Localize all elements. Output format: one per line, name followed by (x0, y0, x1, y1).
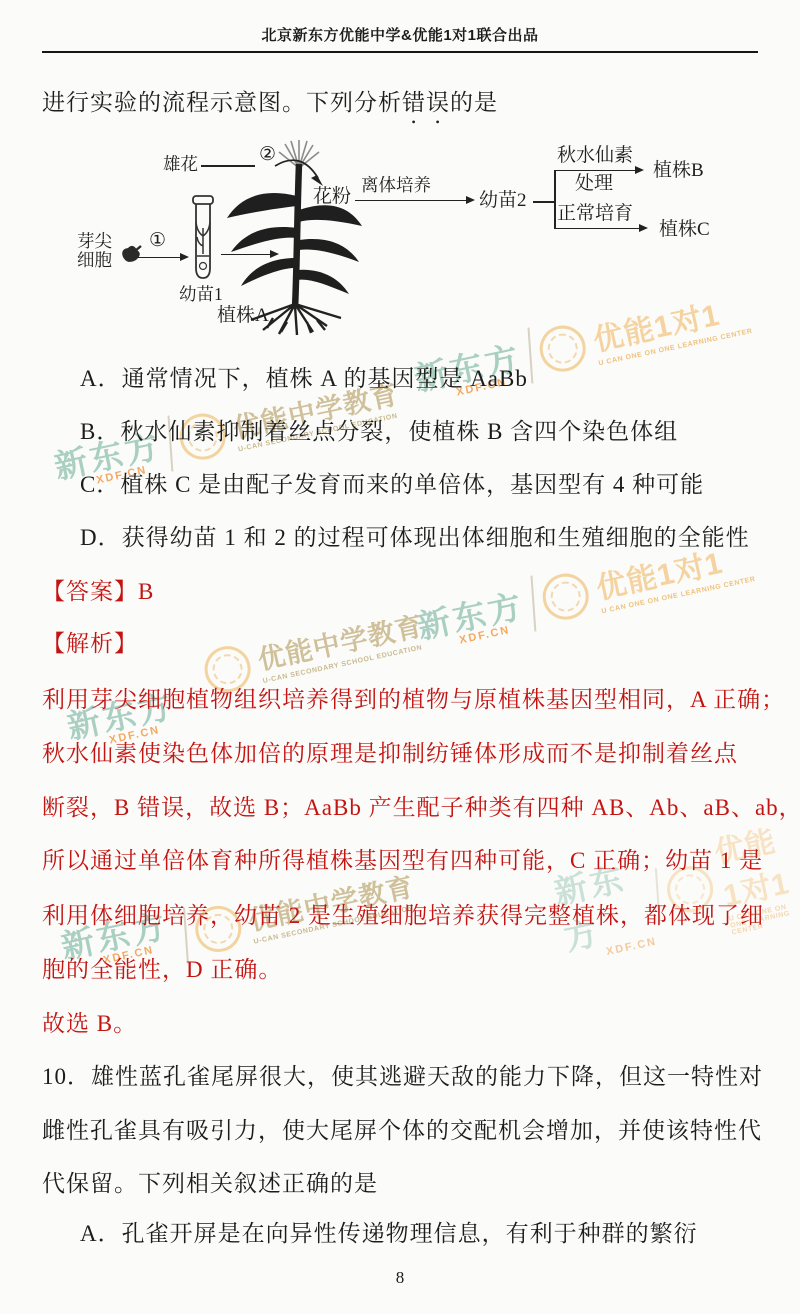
intro-post: 的是 (450, 90, 498, 115)
test-tube-seedling-icon (189, 194, 217, 284)
arrow-to-plant-b (554, 170, 642, 171)
bud-tip-cell-icon (119, 244, 143, 266)
plant-b-label: 植株B (653, 161, 704, 182)
xdf-domain-text: XDF.CN (605, 936, 658, 958)
answer-line: 【答案】B (42, 573, 154, 606)
arrow-pollen-to-seedling2 (355, 200, 473, 201)
step1-badge: ① (149, 230, 166, 251)
option-a: A．通常情况下，植株 A 的基因型是 AaBb (80, 360, 528, 393)
bracket-vertical-line (554, 170, 556, 229)
bracket-stub-line (533, 201, 555, 203)
option-d: D．获得幼苗 1 和 2 的过程可体现出体细胞和生殖细胞的全能性 (80, 519, 750, 552)
question-10-line: 雌性孔雀具有吸引力，使大尾屏个体的交配机会增加，并使该特性代 (42, 1112, 762, 1145)
xdf-logo-text: 新东方 (412, 580, 527, 648)
bud-tip-cell-label: 芽尖细胞 (77, 232, 112, 270)
xdf-domain-text: XDF.CN (458, 624, 511, 646)
option-c: C．植株 C 是由配子发育而来的单倍体，基因型有 4 种可能 (80, 466, 704, 499)
question-10-line: 代保留。下列相关叙述正确的是 (42, 1165, 378, 1198)
intro-pre: 进行实验的流程示意图。下列分析 (42, 90, 402, 115)
analysis-line: 利用体细胞培养，幼苗 2 是生殖细胞培养获得完整植株，都体现了细 (42, 897, 764, 930)
header-divider (42, 51, 758, 53)
youneng-secondary-watermark: 优能中学教育 U-CAN SECONDARY SCHOOL EDUCATION (254, 604, 428, 685)
watermark-separator (530, 575, 536, 631)
plant-c-label: 植株C (659, 220, 710, 241)
watermark-group: 新东方 XDF.CN 优能1对1 U CAN ONE ON ONE LEARNI… (549, 813, 800, 970)
page-header-title: 北京新东方优能中学&优能1对1联合出品 (0, 24, 800, 45)
intro-emphasized-word: 错误 (402, 90, 450, 115)
seedling2-label: 幼苗2 (479, 191, 527, 212)
page-number: 8 (0, 1268, 800, 1288)
seedling1-label: 幼苗1 (179, 285, 223, 304)
youneng-secondary-caption: U-CAN SECONDARY SCHOOL EDUCATION (262, 643, 428, 685)
analysis-line: 利用芽尖细胞植物组织培养得到的植物与原植株基因型相同，A 正确； (42, 681, 785, 714)
youneng-secondary-text: 优能中学教育 (254, 604, 426, 677)
normal-cultivation-label: 正常培育 (557, 204, 633, 225)
youneng-1on1-caption: U CAN ONE ON ONE LEARNING CENTER (601, 576, 756, 616)
analysis-conclusion-line: 故选 B。 (42, 1005, 137, 1038)
question-10-option-a: A．孔雀开屏是在向异性传递物理信息，有利于种群的繁衍 (80, 1215, 698, 1248)
colchicine-treat-label: 处理 (575, 174, 613, 195)
plant-a-label: 植株A (217, 306, 269, 327)
in-vitro-culture-label: 离体培养 (361, 176, 431, 195)
analysis-line: 所以通过单倍体育种所得植株基因型有四种可能，C 正确；幼苗 1 是 (42, 842, 763, 875)
question-intro-line: 进行实验的流程示意图。下列分析错误的是 (42, 84, 498, 129)
pollen-label: 花粉 (313, 187, 351, 208)
option-b: B．秋水仙素抑制着丝点分裂，使植株 B 含四个染色体组 (80, 413, 678, 446)
experiment-flow-diagram: 芽尖细胞 ① 幼苗1 植株A 雄花 ② 花粉 离体培养 幼苗2 秋水仙素 处理 … (75, 138, 775, 352)
analysis-line: 断裂，B 错误，故选 B；AaBb 产生配子种类有四种 AB、Ab、aB、ab， (42, 789, 800, 822)
question-10-line: 10．雄性蓝孔雀尾屏很大，使其逃避天敌的能力下降，但这一特性对 (42, 1058, 763, 1091)
analysis-line: 秋水仙素使染色体加倍的原理是抑制纺锤体形成而不是抑制着丝点 (42, 735, 738, 768)
arrow-to-plant-c (554, 228, 646, 229)
analysis-line: 胞的全能性，D 正确。 (42, 951, 282, 984)
arrow-budtip-to-tube (138, 257, 187, 258)
youneng-circle-logo (538, 569, 593, 624)
scanned-exam-page: 北京新东方优能中学&优能1对1联合出品 进行实验的流程示意图。下列分析错误的是 (0, 0, 800, 1314)
analysis-title: 【解析】 (42, 625, 138, 658)
male-flower-label: 雄花 (163, 155, 198, 174)
colchicine-label: 秋水仙素 (557, 146, 633, 167)
arrow-tube-to-plant (221, 254, 277, 255)
flower-pointer-line (201, 165, 255, 167)
xdf-logo-watermark: 新东方 XDF.CN (412, 580, 529, 654)
